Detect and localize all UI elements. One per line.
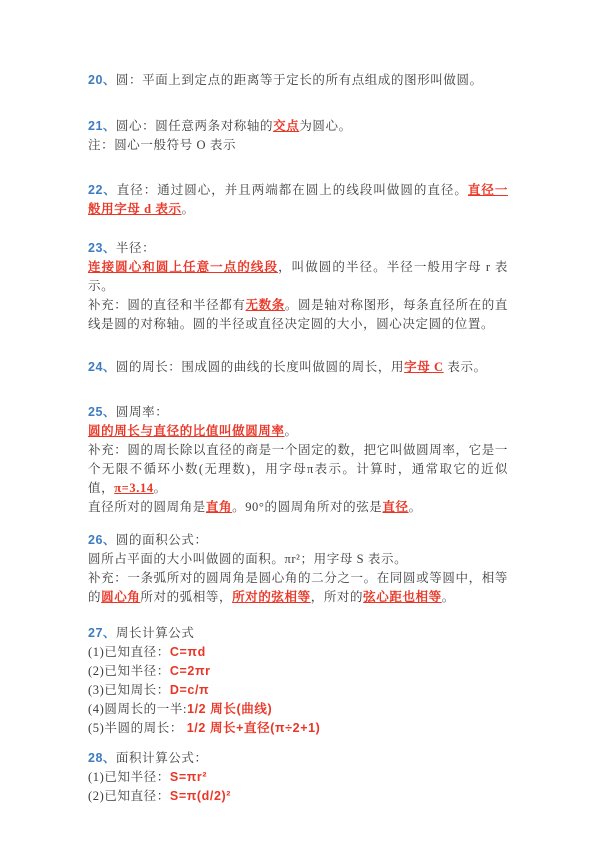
item-number: 20、 [88, 73, 116, 87]
paragraph: (1)已知直径：C=πd [88, 643, 508, 662]
body-text: 圆心：圆任意两条对称轴的 [116, 119, 273, 133]
paragraph: (3)已知周长：D=c/π [88, 681, 508, 700]
item-number: 22、 [88, 183, 117, 197]
highlighted-underlined-text: 直径 [382, 500, 408, 514]
note-item-26: 26、圆的面积公式：圆所占平面的大小叫做圆的面积。πr²；用字母 S 表示。补充… [88, 531, 508, 607]
body-text: 圆：平面上到定点的距离等于定长的所有点组成的图形叫做圆。 [116, 73, 483, 87]
paragraph: 圆所占平面的大小叫做圆的面积。πr²；用字母 S 表示。 [88, 550, 508, 569]
paragraph: (2)已知直径：S=π(d/2)² [88, 787, 508, 806]
paragraph: 27、周长计算公式 [88, 624, 508, 643]
paragraph: 25、圆周率： [88, 403, 508, 422]
formula-text: D=c/π [170, 683, 209, 697]
highlighted-underlined-text: 交点 [273, 119, 299, 133]
body-text: 直径：通过圆心，并且两端都在圆上的线段叫做圆的直径。 [117, 183, 468, 197]
body-text: ，所对的 [311, 590, 363, 604]
paragraph: 圆的周长与直径的比值叫做圆周率。 [88, 422, 508, 441]
formula-text: S=πr² [170, 770, 207, 784]
body-text: 直径所对的圆周角是 [88, 500, 206, 514]
paragraph: 注：圆心一般符号 O 表示 [88, 136, 508, 155]
body-text: (1)已知直径： [88, 645, 170, 659]
body-text: 为圆心。 [299, 119, 351, 133]
paragraph: 20、圆：平面上到定点的距离等于定长的所有点组成的图形叫做圆。 [88, 71, 508, 90]
paragraph: 26、圆的面积公式： [88, 531, 508, 550]
highlighted-underlined-text: 直角 [206, 500, 232, 514]
highlighted-underlined-text: 弦心距也相等 [363, 590, 442, 604]
note-item-25: 25、圆周率：圆的周长与直径的比值叫做圆周率。补充：圆的周长除以直径的商是一个固… [88, 403, 508, 517]
note-item-22: 22、直径：通过圆心，并且两端都在圆上的线段叫做圆的直径。直径一般用字母 d 表… [88, 181, 508, 219]
body-text: 。 [442, 590, 455, 604]
body-text: 。 [409, 500, 422, 514]
formula-text: S=π(d/2)² [170, 789, 231, 803]
item-number: 26、 [88, 533, 116, 547]
body-text: (5)半圆的周长： [88, 721, 187, 735]
highlighted-underlined-text: 圆心角 [101, 590, 140, 604]
paragraph: 直径所对的圆周角是直角。90°的圆周角所对的弦是直径。 [88, 498, 508, 517]
body-text: 。 [285, 424, 298, 438]
highlighted-underlined-text: 字母 C [404, 360, 444, 374]
highlighted-underlined-text: 连接圆心和圆上任意一点的线段 [88, 260, 278, 274]
paragraph: 28、面积计算公式： [88, 749, 508, 768]
body-text: 。90°的圆周角所对的弦是 [232, 500, 382, 514]
body-text: (1)已知半径： [88, 770, 170, 784]
paragraph: (4)圆周长的一半:1/2 周长(曲线) [88, 700, 508, 719]
paragraph: 补充：一条弧所对的圆周角是圆心角的二分之一。在同圆或等圆中，相等的圆心角所对的弧… [88, 569, 508, 607]
note-item-23: 23、半径：连接圆心和圆上任意一点的线段，叫做圆的半径。半径一般用字母 r 表示… [88, 239, 508, 334]
note-item-21: 21、圆心：圆任意两条对称轴的交点为圆心。注：圆心一般符号 O 表示 [88, 117, 508, 155]
body-text: 面积计算公式： [116, 751, 208, 765]
body-text: 圆周率： [116, 405, 168, 419]
paragraph: 补充：圆的周长除以直径的商是一个固定的数，把它叫做圆周率，它是一个无限不循环小数… [88, 441, 508, 498]
body-text: 。 [182, 202, 195, 216]
highlighted-underlined-text: 无数条 [246, 298, 285, 312]
body-text: 圆的面积公式： [116, 533, 208, 547]
item-number: 24、 [88, 360, 116, 374]
body-text: (3)已知周长： [88, 683, 170, 697]
paragraph: 补充：圆的直径和半径都有无数条。圆是轴对称图形，每条直径所在的直线是圆的对称轴。… [88, 296, 508, 334]
highlighted-underlined-text: 圆的周长与直径的比值叫做圆周率 [88, 424, 285, 438]
body-text: 圆所占平面的大小叫做圆的面积。πr²；用字母 S 表示。 [88, 552, 407, 566]
item-number: 27、 [88, 626, 116, 640]
body-text: 周长计算公式 [116, 626, 195, 640]
formula-text: C=2πr [170, 664, 211, 678]
document-page: 20、圆：平面上到定点的距离等于定长的所有点组成的图形叫做圆。21、圆心：圆任意… [0, 0, 596, 842]
highlighted-underlined-text: π=3.14 [114, 481, 153, 495]
item-number: 23、 [88, 241, 116, 255]
paragraph: (1)已知半径：S=πr² [88, 768, 508, 787]
paragraph: (2)已知半径：C=2πr [88, 662, 508, 681]
body-text: (2)已知直径： [88, 789, 170, 803]
body-text: 半径： [116, 241, 155, 255]
body-text: 注：圆心一般符号 O 表示 [88, 138, 236, 152]
body-text: 圆的周长：围成圆的曲线的长度叫做圆的周长，用 [116, 360, 404, 374]
paragraph: 22、直径：通过圆心，并且两端都在圆上的线段叫做圆的直径。直径一般用字母 d 表… [88, 181, 508, 219]
item-number: 21、 [88, 119, 116, 133]
body-text: (4)圆周长的一半: [88, 702, 187, 716]
body-text: 。 [154, 481, 167, 495]
highlighted-underlined-text: 所对的弦相等 [232, 590, 311, 604]
note-item-24: 24、圆的周长：围成圆的曲线的长度叫做圆的周长，用字母 C 表示。 [88, 358, 508, 377]
paragraph: 连接圆心和圆上任意一点的线段，叫做圆的半径。半径一般用字母 r 表示。 [88, 258, 508, 296]
body-text: (2)已知半径： [88, 664, 170, 678]
body-text: 补充：圆的直径和半径都有 [88, 298, 246, 312]
item-number: 25、 [88, 405, 116, 419]
note-item-28: 28、面积计算公式：(1)已知半径：S=πr²(2)已知直径：S=π(d/2)² [88, 749, 508, 806]
formula-text: 1/2 周长+直径(π÷2+1) [187, 721, 321, 735]
paragraph: (5)半圆的周长： 1/2 周长+直径(π÷2+1) [88, 719, 508, 738]
formula-text: C=πd [170, 645, 206, 659]
note-item-20: 20、圆：平面上到定点的距离等于定长的所有点组成的图形叫做圆。 [88, 71, 508, 90]
note-item-27: 27、周长计算公式(1)已知直径：C=πd(2)已知半径：C=2πr(3)已知周… [88, 624, 508, 738]
body-text: 表示。 [444, 360, 487, 374]
item-number: 28、 [88, 751, 116, 765]
paragraph: 21、圆心：圆任意两条对称轴的交点为圆心。 [88, 117, 508, 136]
body-text: 所对的弧相等， [140, 590, 232, 604]
paragraph: 24、圆的周长：围成圆的曲线的长度叫做圆的周长，用字母 C 表示。 [88, 358, 508, 377]
formula-text: 1/2 周长(曲线) [187, 702, 272, 716]
paragraph: 23、半径： [88, 239, 508, 258]
notes-content: 20、圆：平面上到定点的距离等于定长的所有点组成的图形叫做圆。21、圆心：圆任意… [0, 0, 596, 806]
